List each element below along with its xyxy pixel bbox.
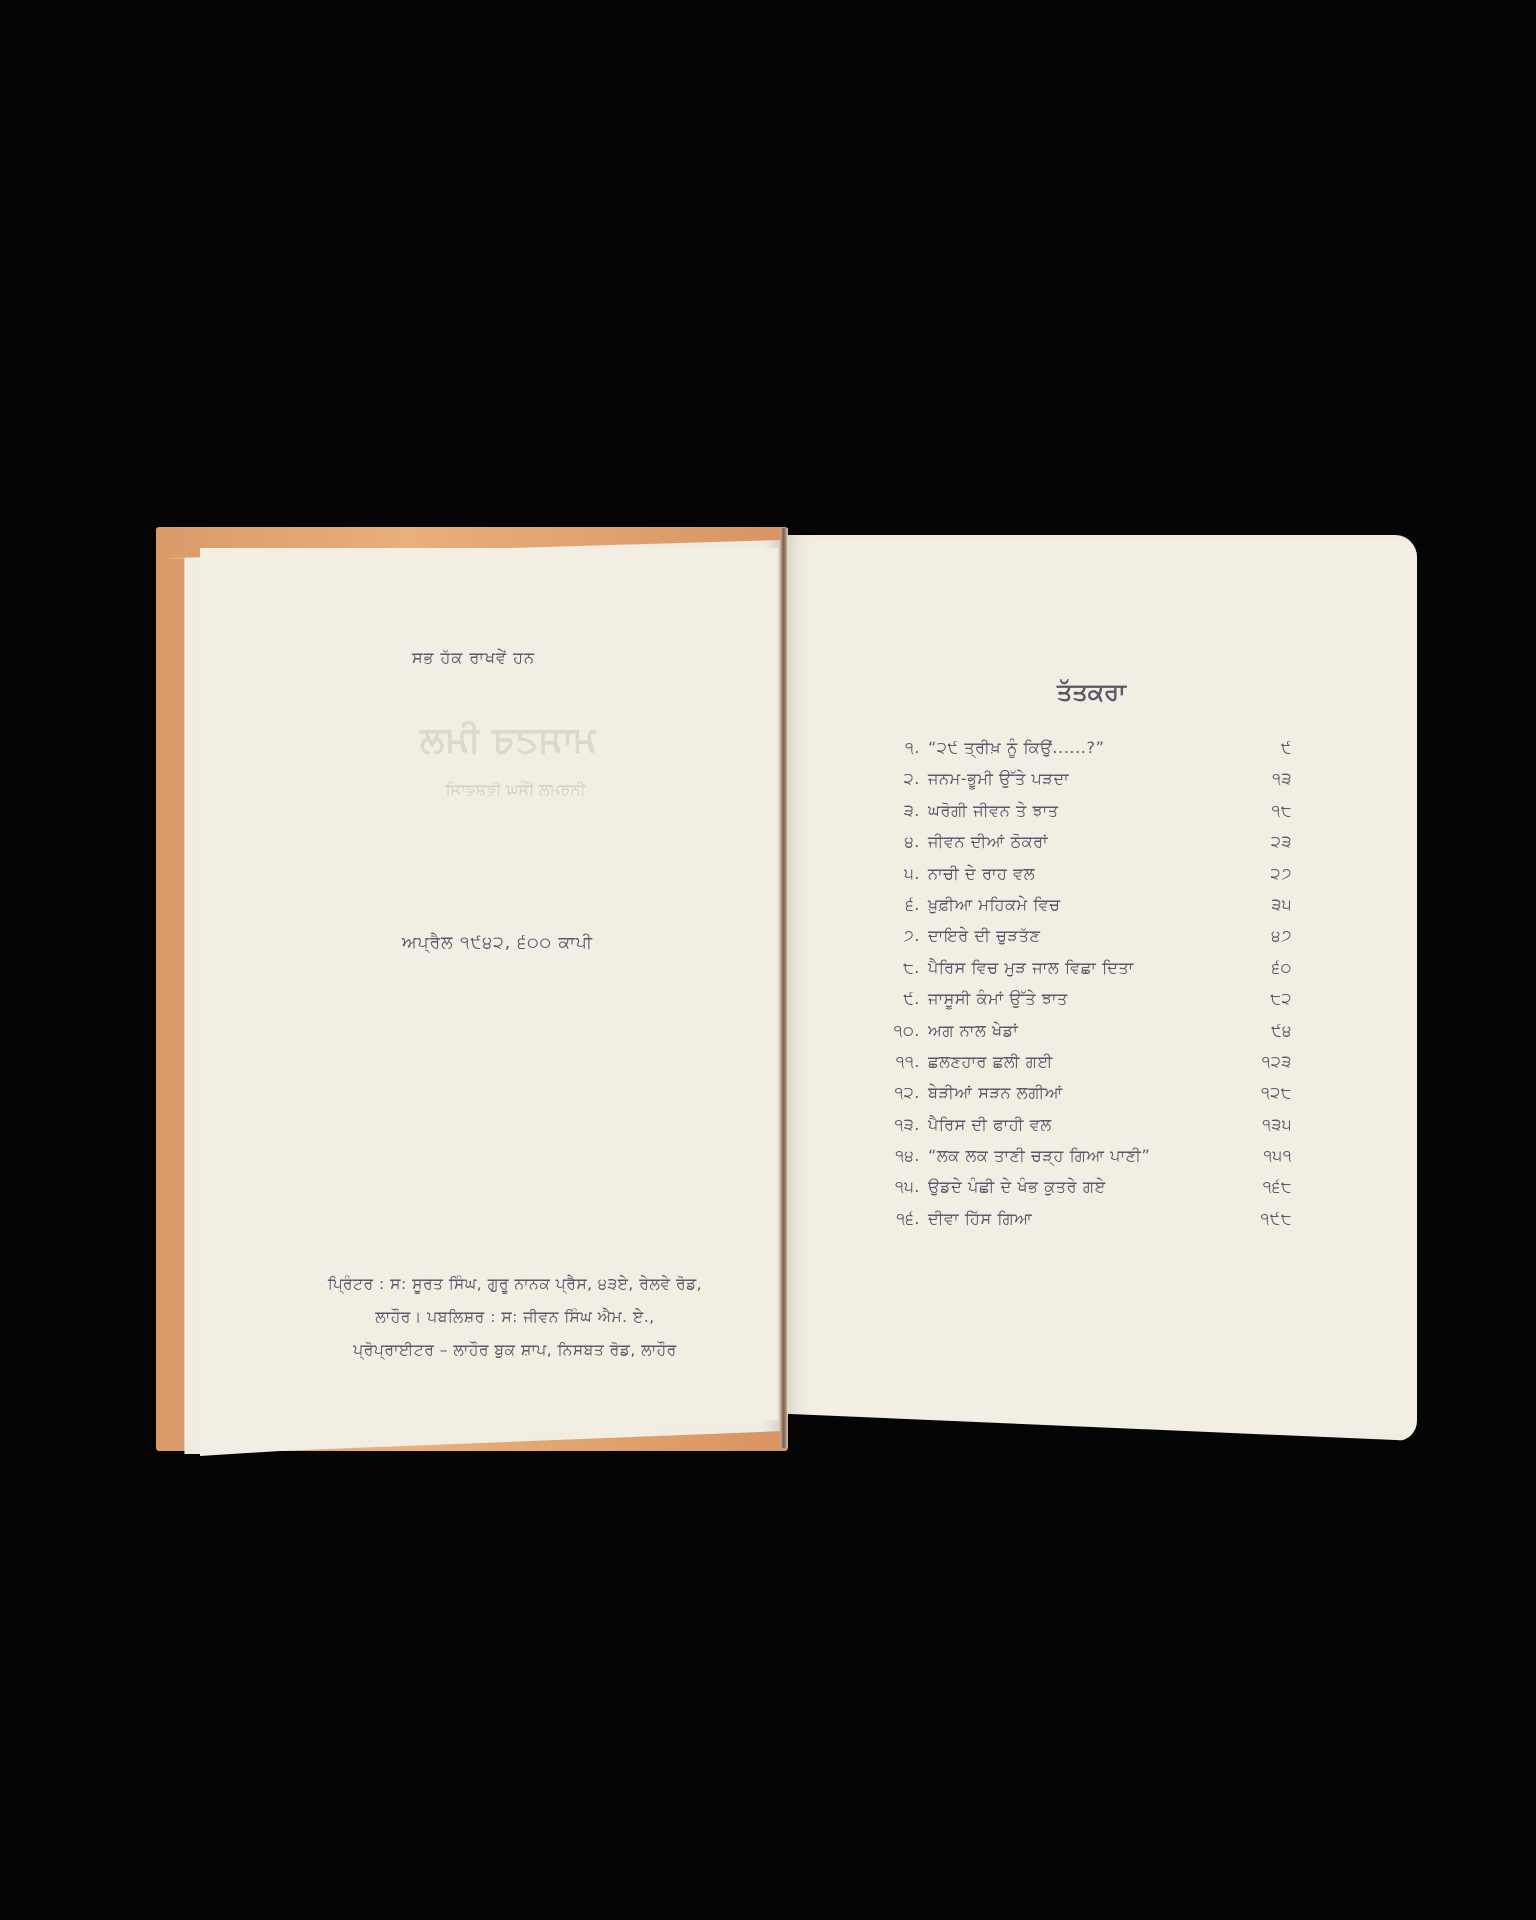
toc-entry: ੧੧.ਛਲਣਹਾਰ ਛਲੀ ਗਈ੧੨੩ <box>872 1052 1292 1083</box>
toc-entry: ੧੬.ਦੀਵਾ ਹਿੱਸ ਗਿਆ੧੯੮ <box>872 1209 1292 1240</box>
toc-entry-title: ਨਾਚੀ ਦੇ ਰਾਹ ਵਲ <box>928 864 1232 884</box>
toc-entry-number: ੭. <box>872 926 928 946</box>
toc-entry-number: ੯. <box>872 989 928 1009</box>
rights-notice: ਸਭ ਹੱਕ ਰਾਖਵੇਂ ਹਨ <box>412 648 535 668</box>
toc-entry-page: ੬੦ <box>1232 958 1292 978</box>
toc-entry-number: ੮. <box>872 958 928 978</box>
toc-entry-number: ੧੩. <box>872 1115 928 1135</box>
toc-entry-number: ੩. <box>872 801 928 821</box>
toc-entry-page: ੧੬੮ <box>1232 1177 1292 1197</box>
show-through-subtitle: ਨਿਰਮਲ ਸਿੰਘ ਵਿਸ਼ਵਾਸੀ <box>445 780 585 800</box>
toc-entry-page: ੧੩ <box>1232 769 1292 789</box>
toc-entry-title: “੨੯ ਤ੍ਰੀਖ਼ ਨੂੰ ਕਿਉਂ......?” <box>928 738 1232 758</box>
toc-entry: ੧੨.ਬੇੜੀਆਂ ਸੜਨ ਲਗੀਆਂ੧੨੮ <box>872 1083 1292 1114</box>
toc-entry-page: ੧੫੧ <box>1232 1146 1292 1166</box>
toc-entry-number: ੧੬. <box>872 1209 928 1229</box>
toc-entry-title: ਜਾਸੂਸੀ ਕੰਮਾਂ ਉੱਤੇ ਝਾਤ <box>928 989 1232 1009</box>
toc-entry-page: ੮੨ <box>1232 989 1292 1009</box>
imprint-line: ਪ੍ਰਿੰਟਰ : ਸ: ਸੂਰਤ ਸਿੰਘ, ਗੁਰੂ ਨਾਨਕ ਪ੍ਰੈਸ,… <box>280 1268 750 1301</box>
toc-entry-page: ੧੮ <box>1232 801 1292 821</box>
toc-entry-page: ੧੯੮ <box>1232 1209 1292 1229</box>
toc-entry-title: ਪੈਰਿਸ ਦੀ ਫਾਹੀ ਵਲ <box>928 1115 1232 1135</box>
toc-entry-number: ੪. <box>872 832 928 852</box>
toc-entry-page: ੩੫ <box>1232 895 1292 915</box>
toc-entry-page: ੧੨੩ <box>1232 1052 1292 1072</box>
toc-entry: ੪.ਜੀਵਨ ਦੀਆਂ ਠੋਕਰਾਂ੨੩ <box>872 832 1292 863</box>
toc-entry-number: ੬. <box>872 895 928 915</box>
book-gutter <box>780 528 788 1448</box>
toc-entry-title: ਘਰੋਗੀ ਜੀਵਨ ਤੇ ਝਾਤ <box>928 801 1232 821</box>
toc-entry: ੧੦.ਅਗ ਨਾਲ ਖੇਡਾਂ੯੪ <box>872 1021 1292 1052</box>
toc-entry-page: ੯੪ <box>1232 1021 1292 1041</box>
toc-entry-title: ਪੈਰਿਸ ਵਿਚ ਮੁੜ ਜਾਲ ਵਿਛਾ ਦਿਤਾ <box>928 958 1232 978</box>
toc-entry-title: ਜਨਮ-ਭੂਮੀ ਉੱਤੇ ਪੜਦਾ <box>928 769 1232 789</box>
imprint-line: ਲਾਹੌਰ। ਪਬਲਿਸ਼ਰ : ਸ: ਜੀਵਨ ਸਿੰਘ ਐਮ. ਏ., <box>280 1301 750 1334</box>
imprint-block: ਪ੍ਰਿੰਟਰ : ਸ: ਸੂਰਤ ਸਿੰਘ, ਗੁਰੂ ਨਾਨਕ ਪ੍ਰੈਸ,… <box>280 1268 750 1367</box>
toc-entry: ੭.ਦਾਇਰੇ ਦੀ ਚੁੜਤੱਣ੪੭ <box>872 926 1292 957</box>
toc-entry-number: ੧੫. <box>872 1177 928 1197</box>
toc-entry-title: ਦਾਇਰੇ ਦੀ ਚੁੜਤੱਣ <box>928 926 1232 946</box>
toc-entry-title: ਦੀਵਾ ਹਿੱਸ ਗਿਆ <box>928 1209 1232 1229</box>
toc-entry-number: ੧. <box>872 738 928 758</box>
toc-entry-page: ੨੩ <box>1232 832 1292 852</box>
toc-entry-number: ੧੨. <box>872 1083 928 1103</box>
toc-entry: ੧.“੨੯ ਤ੍ਰੀਖ਼ ਨੂੰ ਕਿਉਂ......?”੯ <box>872 738 1292 769</box>
toc-entry-page: ੧੩੫ <box>1232 1115 1292 1135</box>
toc-entry: ੧੩.ਪੈਰਿਸ ਦੀ ਫਾਹੀ ਵਲ੧੩੫ <box>872 1115 1292 1146</box>
toc-entry-title: ਖ਼ੁਫ਼ੀਆ ਮਹਿਕਮੇ ਵਿਚ <box>928 895 1232 915</box>
toc-entry-title: “ਲਕ ਲਕ ਤਾਣੀ ਚੜ੍ਹ ਗਿਆ ਪਾਣੀ” <box>928 1146 1232 1166</box>
toc-entry-title: ਜੀਵਨ ਦੀਆਂ ਠੋਕਰਾਂ <box>928 832 1232 852</box>
toc-entry: ੮.ਪੈਰਿਸ ਵਿਚ ਮੁੜ ਜਾਲ ਵਿਛਾ ਦਿਤਾ੬੦ <box>872 958 1292 989</box>
toc-entry-title: ਛਲਣਹਾਰ ਛਲੀ ਗਈ <box>928 1052 1232 1072</box>
toc-entry-title: ਅਗ ਨਾਲ ਖੇਡਾਂ <box>928 1021 1232 1041</box>
toc-entry: ੬.ਖ਼ੁਫ਼ੀਆ ਮਹਿਕਮੇ ਵਿਚ੩੫ <box>872 895 1292 926</box>
toc-entry-page: ੨੭ <box>1232 864 1292 884</box>
toc-entry: ੧੫.ਉਡਦੇ ਪੰਛੀ ਦੇ ਖੰਭ ਕੁਤਰੇ ਗਏ੧੬੮ <box>872 1177 1292 1208</box>
toc-entry-page: ੧੨੮ <box>1232 1083 1292 1103</box>
toc-entry-number: ੧੪. <box>872 1146 928 1166</box>
toc-entry-title: ਉਡਦੇ ਪੰਛੀ ਦੇ ਖੰਭ ਕੁਤਰੇ ਗਏ <box>928 1177 1232 1197</box>
toc-entry-number: ੫. <box>872 864 928 884</box>
toc-entry-number: ੧੦. <box>872 1021 928 1041</box>
toc-entry-number: ੧੧. <box>872 1052 928 1072</box>
toc-entry-page: ੪੭ <box>1232 926 1292 946</box>
show-through-title: ਮਾਸਟਰ ਮਿਲ <box>420 720 596 762</box>
toc-entry: ੨.ਜਨਮ-ਭੂਮੀ ਉੱਤੇ ਪੜਦਾ੧੩ <box>872 769 1292 800</box>
toc-entry-page: ੯ <box>1232 738 1292 758</box>
toc-entry-title: ਬੇੜੀਆਂ ਸੜਨ ਲਗੀਆਂ <box>928 1083 1232 1103</box>
toc-entry: ੩.ਘਰੋਗੀ ਜੀਵਨ ਤੇ ਝਾਤ੧੮ <box>872 801 1292 832</box>
toc-entry: ੫.ਨਾਚੀ ਦੇ ਰਾਹ ਵਲ੨੭ <box>872 864 1292 895</box>
table-of-contents: ੧.“੨੯ ਤ੍ਰੀਖ਼ ਨੂੰ ਕਿਉਂ......?”੯੨.ਜਨਮ-ਭੂਮੀ… <box>872 738 1292 1240</box>
toc-entry: ੯.ਜਾਸੂਸੀ ਕੰਮਾਂ ਉੱਤੇ ਝਾਤ੮੨ <box>872 989 1292 1020</box>
toc-entry-number: ੨. <box>872 769 928 789</box>
imprint-line: ਪ੍ਰੋਪ੍ਰਾਈਟਰ – ਲਾਹੌਰ ਬੁਕ ਸ਼ਾਪ, ਨਿਸਬਤ ਰੋਡ,… <box>280 1334 750 1367</box>
toc-entry: ੧੪.“ਲਕ ਲਕ ਤਾਣੀ ਚੜ੍ਹ ਗਿਆ ਪਾਣੀ”੧੫੧ <box>872 1146 1292 1177</box>
edition-line: ਅਪ੍ਰੈਲ ੧੯੪੨, ੬੦੦ ਕਾਪੀ <box>402 933 593 953</box>
toc-title: ਤੱਤਕਰਾ <box>1057 678 1126 706</box>
